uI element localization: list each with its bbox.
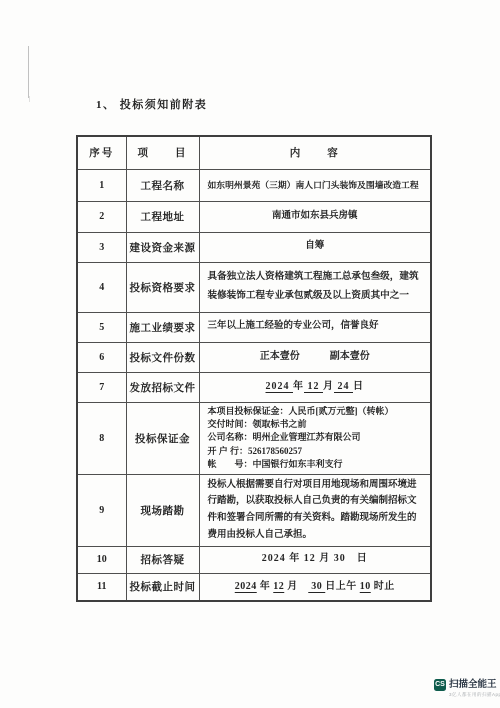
- header-content: 内 容: [199, 136, 431, 169]
- table-row: 1工程名称如东明州景苑（三期）南人口门头装饰及围墙改造工程: [77, 169, 431, 201]
- table-row: 6投标文件份数正本壹份 副本壹份: [77, 342, 431, 372]
- table-row: 11投标截止时间2024 年 12 月 30 日上午 10 时止: [77, 573, 431, 601]
- scan-artifact-speck: [29, 96, 30, 102]
- scanned-page: 1、 投标须知前附表 序号 项 目 内 容 1工程名称如东明州景苑（三期）南人口…: [0, 0, 500, 708]
- deposit-detail-line: 开 户 行：526178560257: [208, 445, 425, 458]
- date-value-underlined: 10: [360, 581, 371, 592]
- row-item-label: 工程名称: [126, 169, 199, 201]
- row-content: 正本壹份 副本壹份: [199, 342, 431, 372]
- header-serial-number: 序号: [77, 136, 126, 169]
- table-row: 5施工业绩要求三年以上施工经验的专业公司，信誉良好: [77, 312, 431, 342]
- table-row: 10招标答疑2024 年 12 月 30 日: [77, 546, 431, 573]
- row-content: 自筹: [199, 232, 431, 262]
- date-unit-label: 月: [323, 381, 334, 392]
- deposit-detail-line: 交付时间：领取标书之前: [208, 418, 425, 431]
- row-item-label: 建设资金来源: [126, 232, 199, 262]
- table-row: 8投标保证金本项目投标保证金：人民币[贰万元整]（转帐）交付时间：领取标书之前公…: [77, 402, 431, 474]
- row-item-label: 招标答疑: [126, 546, 199, 573]
- deposit-detail-line: 本项目投标保证金：人民币[贰万元整]（转帐）: [208, 405, 425, 418]
- row-serial-number: 4: [77, 262, 126, 312]
- row-serial-number: 9: [77, 474, 126, 546]
- table-row: 4投标资格要求具备独立法人资格建筑工程施工总承包叁级，建筑装修装饰工程专业承包贰…: [77, 262, 431, 312]
- deposit-detail-line: 公司名称：明州企业管理江苏有限公司: [208, 431, 425, 444]
- row-content: 本项目投标保证金：人民币[贰万元整]（转帐）交付时间：领取标书之前公司名称：明州…: [199, 402, 431, 474]
- row-item-label: 投标保证金: [126, 402, 199, 474]
- table-header-row: 序号 项 目 内 容: [77, 136, 431, 169]
- scan-artifact-line: [28, 46, 29, 98]
- row-content: 2024 年 12 月 30 日: [199, 546, 431, 573]
- table-row: 3建设资金来源自筹: [77, 232, 431, 262]
- row-serial-number: 11: [77, 573, 126, 601]
- date-value-underlined: 30: [308, 581, 325, 592]
- row-content: 三年以上施工经验的专业公司，信誉良好: [199, 312, 431, 342]
- table-body: 1工程名称如东明州景苑（三期）南人口门头装饰及围墙改造工程2工程地址南通市如东县…: [77, 169, 431, 601]
- date-value-underlined: 2024: [266, 381, 294, 392]
- table-row: 2工程地址南通市如东县兵房镇: [77, 201, 431, 232]
- row-serial-number: 6: [77, 342, 126, 372]
- row-serial-number: 1: [77, 169, 126, 201]
- row-serial-number: 7: [77, 372, 126, 402]
- date-unit-label: 年: [293, 381, 304, 392]
- header-item: 项 目: [126, 136, 199, 169]
- row-item-label: 施工业绩要求: [126, 312, 199, 342]
- date-unit-label: 日上午: [325, 581, 360, 592]
- row-item-label: 投标文件份数: [126, 342, 199, 372]
- document-title: 1、 投标须知前附表: [96, 96, 207, 112]
- row-item-label: 投标截止时间: [126, 573, 199, 601]
- deposit-detail-line: 帐 号：中国银行如东丰利支行: [208, 458, 425, 471]
- row-serial-number: 2: [77, 201, 126, 232]
- date-value-underlined: 24: [334, 381, 353, 392]
- table-row: 9现场踏勘投标人根据需要自行对项目用地现场和周围环境进行踏勘，以获取投标人自己负…: [77, 474, 431, 546]
- camscanner-tagline: 3亿人都在用的扫描App: [449, 692, 500, 698]
- row-content: 南通市如东县兵房镇: [199, 201, 431, 232]
- date-unit-label: 日: [353, 381, 364, 392]
- row-item-label: 现场踏勘: [126, 474, 199, 546]
- row-item-label: 投标资格要求: [126, 262, 199, 312]
- table-row: 7发放招标文件 2024 年 12 月 24 日: [77, 372, 431, 402]
- camscanner-text: 扫描全能王 3亿人都在用的扫描App: [449, 678, 500, 698]
- row-content: 具备独立法人资格建筑工程施工总承包叁级，建筑装修装饰工程专业承包贰级及以上资质其…: [199, 262, 431, 312]
- row-content: 2024 年 12 月 30 日上午 10 时止: [199, 573, 431, 601]
- date-unit-label: 年: [257, 581, 274, 592]
- row-content: 投标人根据需要自行对项目用地现场和周围环境进行踏勘，以获取投标人自己负责的有关编…: [199, 474, 431, 546]
- date-unit-label: 时止: [371, 581, 395, 592]
- date-value-underlined: 12: [304, 381, 323, 392]
- row-serial-number: 8: [77, 402, 126, 474]
- date-value-underlined: 2024: [235, 581, 257, 592]
- row-content: 如东明州景苑（三期）南人口门头装饰及围墙改造工程: [199, 169, 431, 201]
- bid-notice-table: 序号 项 目 内 容 1工程名称如东明州景苑（三期）南人口门头装饰及围墙改造工程…: [76, 135, 432, 602]
- row-serial-number: 10: [77, 546, 126, 573]
- camscanner-watermark: CS 扫描全能王 3亿人都在用的扫描App: [434, 678, 500, 698]
- row-item-label: 发放招标文件: [126, 372, 199, 402]
- row-item-label: 工程地址: [126, 201, 199, 232]
- row-serial-number: 3: [77, 232, 126, 262]
- camscanner-app-name: 扫描全能王: [449, 678, 500, 691]
- date-unit-label: 月: [284, 581, 308, 592]
- date-value-underlined: 12: [273, 581, 284, 592]
- camscanner-badge-icon: CS: [434, 679, 446, 691]
- row-serial-number: 5: [77, 312, 126, 342]
- row-content: 2024 年 12 月 24 日: [199, 372, 431, 402]
